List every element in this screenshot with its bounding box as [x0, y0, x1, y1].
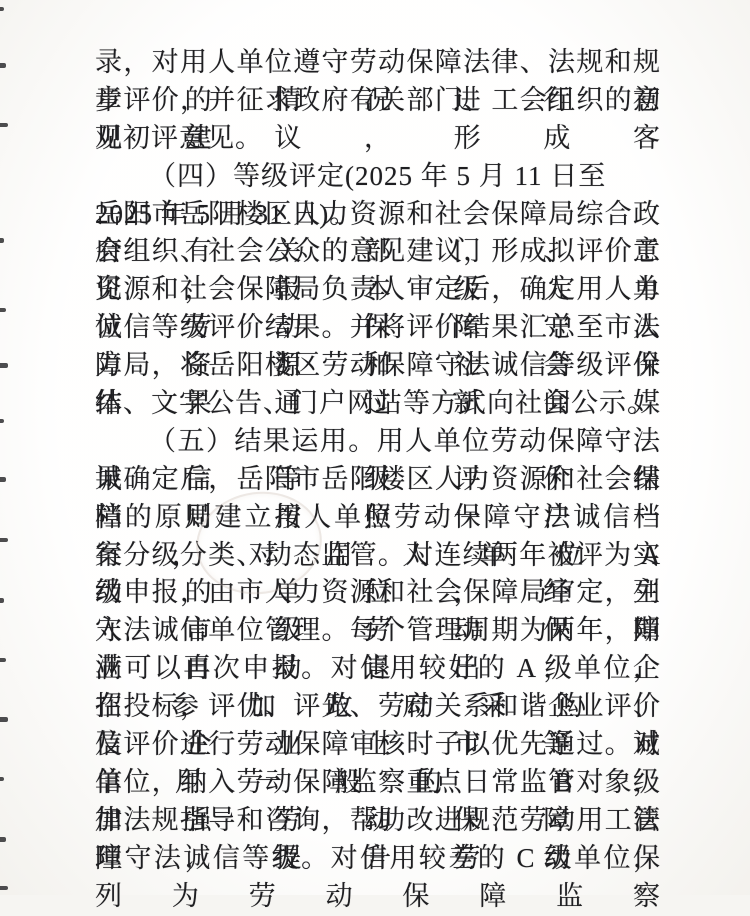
scan-edge-artifact: [0, 538, 8, 542]
document-lines: 录，对用人单位遵守劳动保障法律、法规和规章的情况进行初步评价，并征求政府有关部门…: [95, 44, 661, 878]
text-line: 行分级分类、动态监管。对连续两年被评为 A 级的单位，经主: [95, 537, 661, 575]
scan-edge-artifact: [0, 238, 4, 243]
scan-edge-artifact: [0, 363, 8, 368]
text-line: 招投标，评优、评先、劳动关系和谐企业评价及企业上市等诚: [95, 688, 661, 726]
text-line: 障局，将岳阳楼区劳动保障守法诚信等级评价结果通过新闻媒: [95, 347, 661, 385]
text-line: 单位，纳入劳动保障监察重点日常监管对象，加强劳动保障法: [95, 764, 661, 802]
text-line: 会组织、社会公众的意见建议，形成拟评价意见，报本级人力: [95, 233, 661, 271]
text-line: 录，对用人单位遵守劳动保障法律、法规和规章的情况进行初: [95, 44, 661, 82]
scanned-document-page: 录，对用人单位遵守劳动保障法律、法规和规章的情况进行初步评价，并征求政府有关部门…: [0, 0, 750, 895]
scan-edge-artifact: [0, 598, 4, 603]
scan-edge-artifact: [0, 63, 6, 68]
scan-edge-artifact: [0, 886, 8, 890]
text-line: 岳阳市岳阳楼区人力资源和社会保障局综合政府有关部门、工: [95, 196, 661, 234]
scan-edge-artifact: [0, 123, 8, 127]
text-line: 业可以再次申报。对信用较好的 A 级单位，在参加政府采购、: [95, 650, 661, 688]
text-line: 步评价，并征求政府有关部门、工会组织的意见建议，形成客: [95, 82, 661, 120]
text-line: （四）等级评定(2025 年 5 月 11 日至 2025 年 5 月 31 日…: [95, 158, 661, 196]
text-line: 诚信等级评价结果。并将评价结果汇总至市人力资源和社会保: [95, 309, 661, 347]
text-line: 资源和社会保障局负责人审定后，确定用人单位劳动保障守法: [95, 271, 661, 309]
scan-edge-artifact: [0, 717, 8, 722]
text-line: 守法诚信单位管理。每个管理周期为两年，期满自动退出，企: [95, 612, 661, 650]
text-line: 信评价进行劳动保障审核时子以优先通过。对信用一般的 B 级: [95, 726, 661, 764]
text-line: （五）结果运用。用人单位劳动保障守法诚信等级评价结: [95, 423, 661, 461]
text-line: 果确定后，岳阳市岳阳楼区人力资源和社会保障局按照一户一: [95, 461, 661, 499]
scan-edge-artifact: [0, 419, 4, 423]
text-line: 障守法诚信等级。对信用较差的 C 级单位，列为劳动保障监察: [95, 840, 661, 878]
scan-edge-artifact: [0, 837, 6, 842]
text-line: 体、文字公告、门户网站等方式向社会公示。: [95, 385, 661, 423]
text-line: 档的原则建立用人单位劳动保障守法诚信档案，对用人单位实: [95, 499, 661, 537]
scan-edge-artifact: [0, 477, 6, 482]
text-line: 动申报，由市人力资源和社会保障局审定，列入市级劳动保障: [95, 574, 661, 612]
text-line: 律法规指导和咨询，帮助改进规范劳动用工管理，提升劳动保: [95, 802, 661, 840]
document-body: 录，对用人单位遵守劳动保障法律、法规和规章的情况进行初步评价，并征求政府有关部门…: [95, 44, 661, 878]
scan-edge-artifact: [0, 7, 4, 11]
scan-edge-artifact: [0, 658, 6, 662]
scan-edge-artifact: [0, 777, 4, 781]
scan-edge-artifact: [0, 308, 6, 312]
